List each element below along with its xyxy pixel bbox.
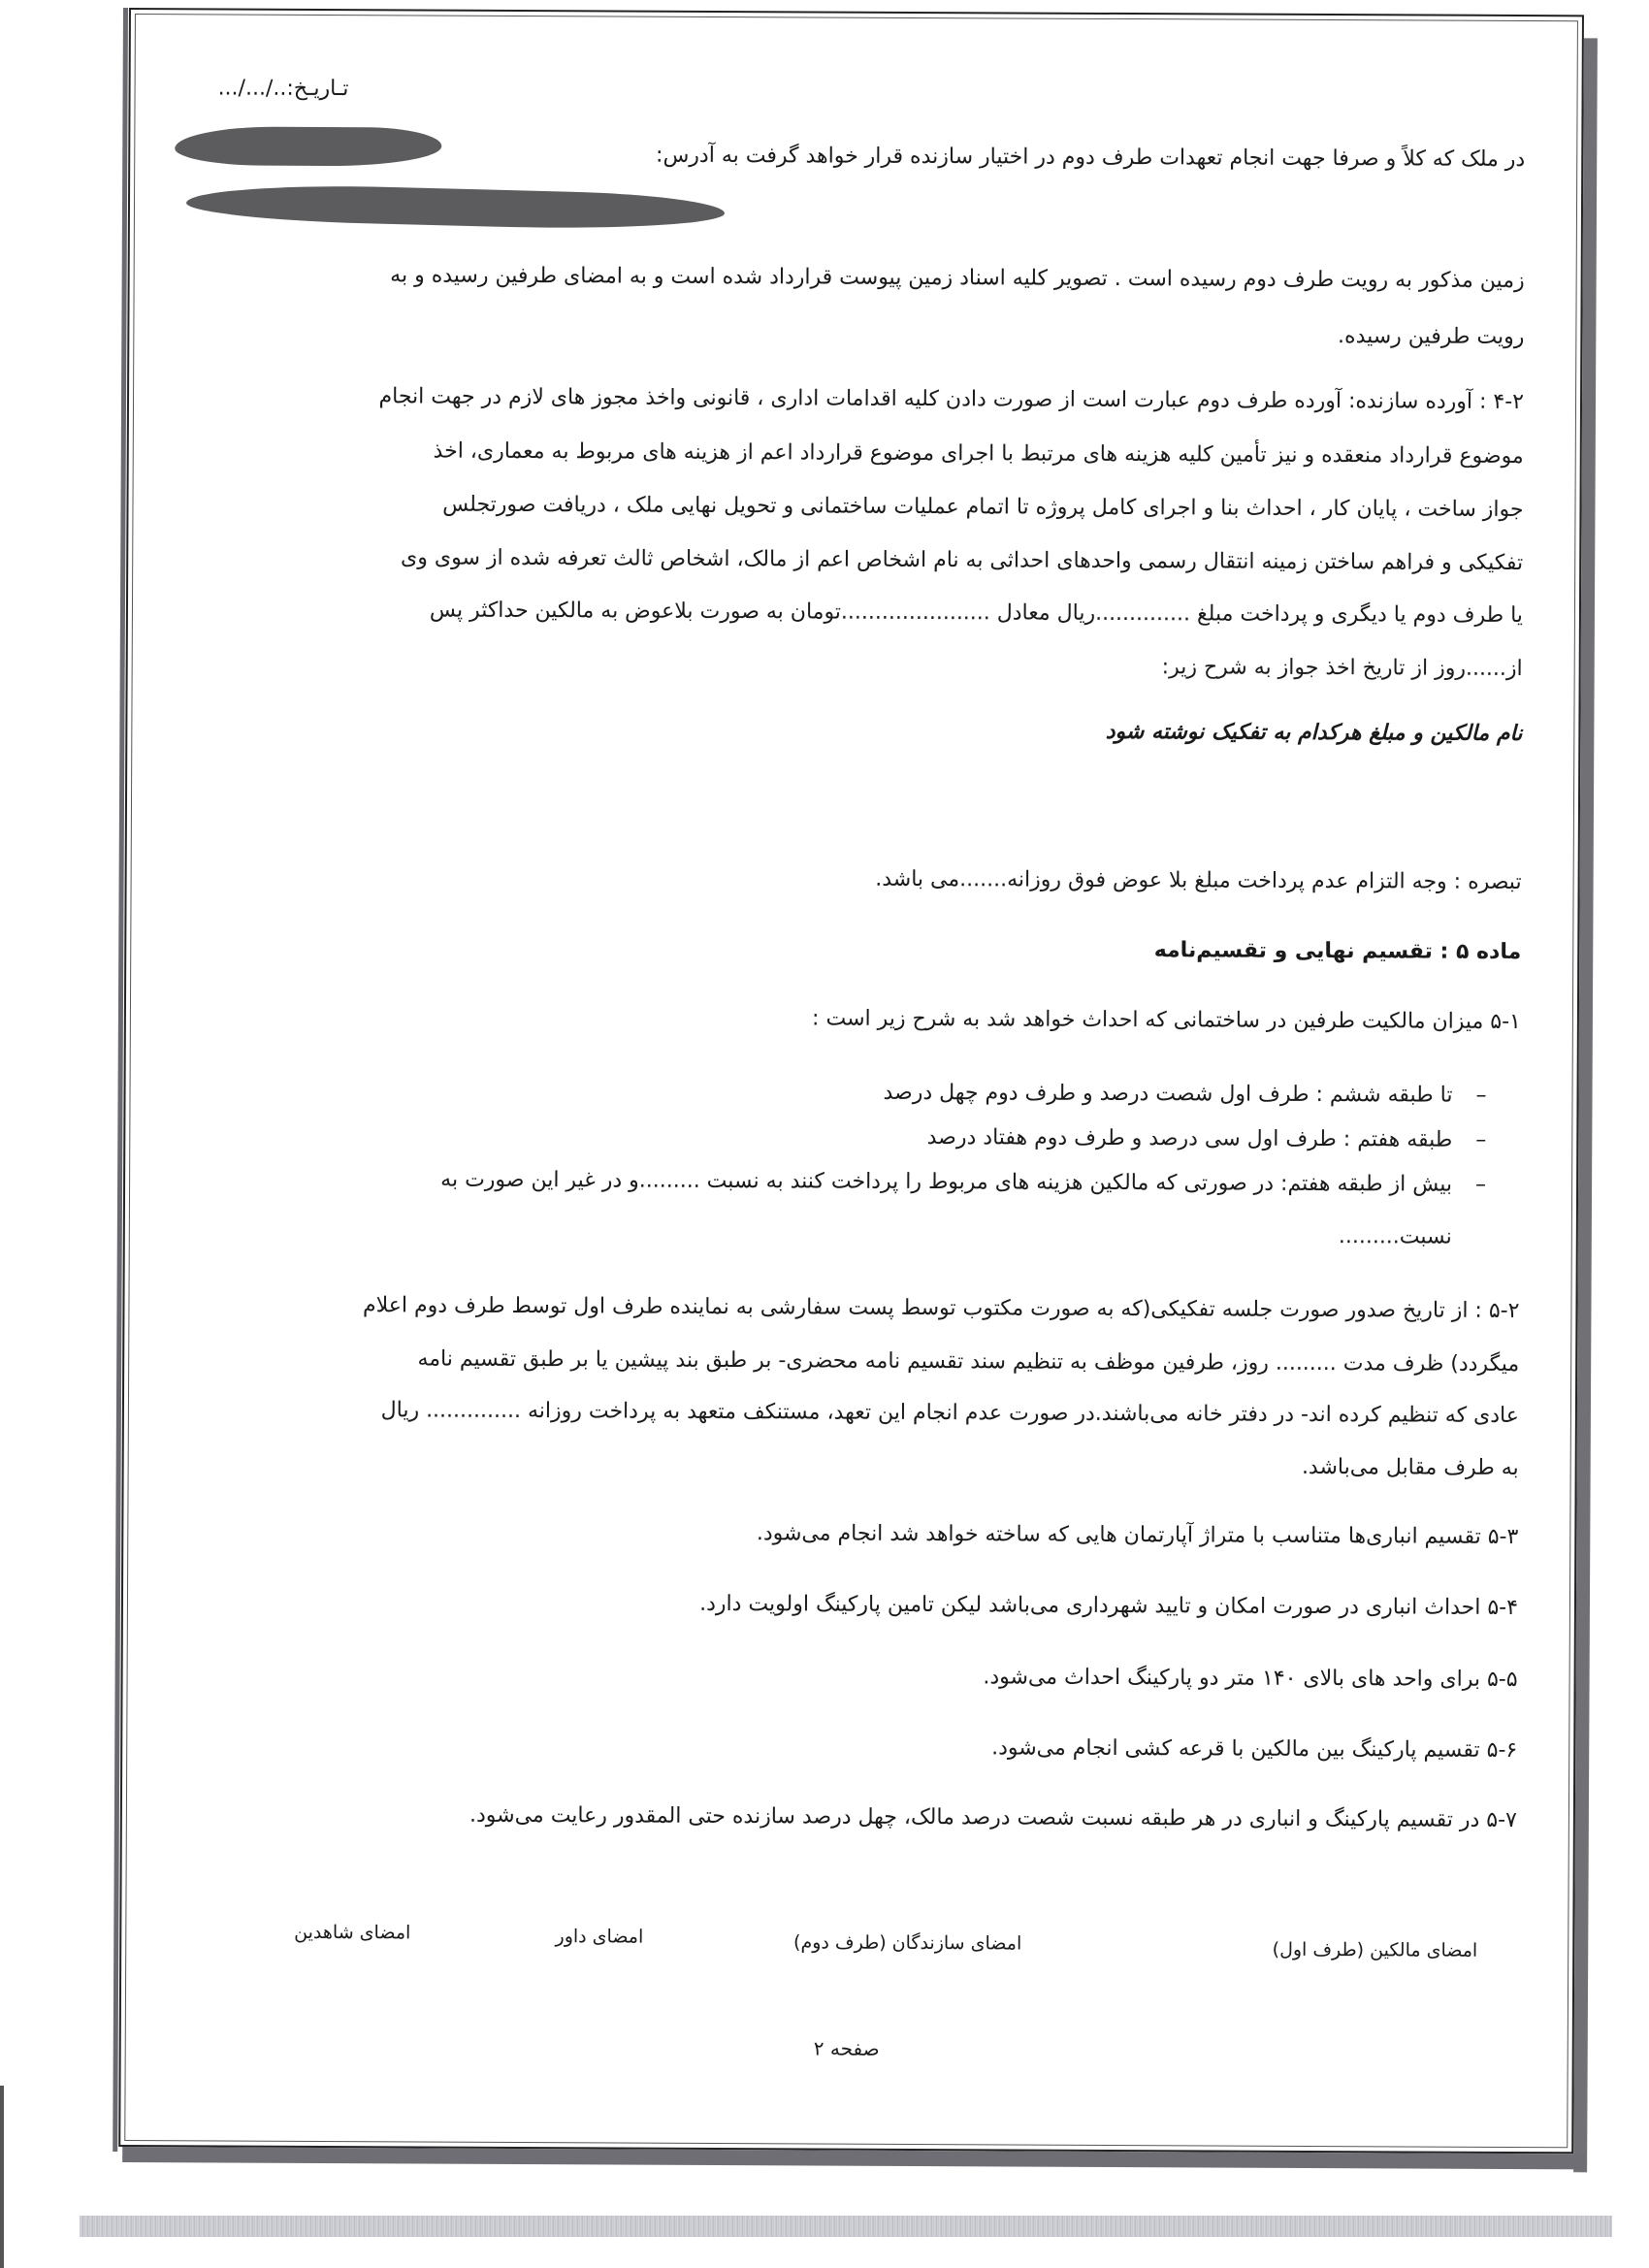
signature-owners-label: امضای مالکین (طرف اول): [1273, 1939, 1478, 1961]
clause-5-2-line-1: ۵-۲ : از تاریخ صدور صورت جلسه تفکیکی(که …: [180, 1290, 1519, 1326]
document-page: تـاریـخ:../.../... در ملک که کلاً و صرفا…: [118, 8, 1584, 2154]
bullet-dash: –: [1475, 1082, 1486, 1111]
ownership-item-text: تا طبقه ششم : طرف اول شصت درصد و طرف دوم…: [883, 1081, 1452, 1108]
clause-4-2-line-4: تفکیکی و فراهم ساختن زمینه انتقال رسمی و…: [184, 542, 1523, 578]
scan-edge: [0, 2086, 4, 2268]
clause-4-2-line-5: یا طرف دوم یا دیگری و پرداخت مبلغ ......…: [184, 595, 1523, 631]
signature-witnesses-label: امضای شاهدین: [294, 1922, 410, 1944]
clause-5-7: ۵-۷ در تقسیم پارکینگ و انباری در هر طبقه…: [178, 1799, 1517, 1835]
clause-5-1: ۵-۱ میزان مالکیت طرفین در ساختمانی که اح…: [182, 1001, 1521, 1037]
ownership-item-3-continued: نسبت.........: [181, 1216, 1452, 1251]
clause-4-2-line-6: از......روز از تاریخ اخذ جواز به شرح زیر…: [184, 648, 1523, 684]
land-paragraph-line-2: رویت طرفین رسیده.: [185, 316, 1524, 352]
clause-4-2-line-1: ۴-۲ : آورده سازنده: آورده طرف دوم عبارت …: [185, 381, 1524, 417]
land-paragraph-line-1: زمین مذکور به رویت طرف دوم رسیده است . ت…: [186, 260, 1525, 296]
clause-5-4: ۵-۴ احداث انباری در صورت امکان و تایید ش…: [179, 1587, 1518, 1623]
penalty-note: تبصره : وجه التزام عدم پرداخت مبلغ بلا ع…: [183, 861, 1522, 897]
clause-4-2-line-2: موضوع قرارداد منعقده و نیز تأمین کلیه هز…: [185, 436, 1524, 471]
clause-5-6: ۵-۶ تقسیم پارکینگ بین مالکین با قرعه کشی…: [178, 1730, 1517, 1766]
article-5-title: ماده ۵ : تقسیم نهایی و تقسیم‌نامه: [182, 931, 1521, 967]
clause-5-2-line-3: عادی که تنظیم کرده اند- در دفتر خانه می‌…: [180, 1395, 1519, 1431]
signature-arbitrator-label: امضای داور: [556, 1926, 644, 1947]
clause-5-2-line-4: به طرف مقابل می‌باشد.: [180, 1447, 1519, 1483]
ownership-item-text: بیش از طبقه هفتم: در صورتی که مالکین هزی…: [440, 1168, 1452, 1197]
redacted-address-2: [186, 181, 726, 232]
clause-4-2-line-3: جواز ساخت ، پایان کار ، احداث بنا و اجرا…: [184, 489, 1523, 525]
ownership-item-2: – طبقه هفتم : طرف اول سی درصد و طرف دوم …: [181, 1119, 1452, 1154]
ownership-item-text: طبقه هفتم : طرف اول سی درصد و طرف دوم هف…: [927, 1125, 1453, 1152]
clause-5-5: ۵-۵ برای واحد های بالای ۱۴۰ متر دو پارکی…: [179, 1659, 1518, 1695]
bullet-dash: –: [1475, 1126, 1486, 1155]
document-body: در ملک که کلاً و صرفا جهت انجام تعهدات ط…: [177, 8, 1526, 2154]
ownership-item-1: – تا طبقه ششم : طرف اول شصت درصد و طرف د…: [181, 1075, 1452, 1110]
page-number: صفحه ۲: [178, 2033, 1516, 2063]
bullet-dash: –: [1475, 1171, 1486, 1200]
scan-noise-strip: [80, 2216, 1612, 2237]
clause-5-3: ۵-۳ تقسیم انباری‌ها متناسب با متراژ آپار…: [179, 1516, 1518, 1552]
owners-note: نام مالکین و مبلغ هرکدام به تفکیک نوشته …: [183, 713, 1522, 749]
redacted-address-1: [175, 126, 441, 166]
clause-5-2-line-2: میگردد) ظرف مدت ......... روز، طرفین موظ…: [180, 1344, 1519, 1379]
signature-builders-label: امضای سازندگان (طرف دوم): [793, 1931, 1021, 1954]
ownership-item-3: – بیش از طبقه هفتم: در صورتی که مالکین ه…: [181, 1164, 1452, 1199]
